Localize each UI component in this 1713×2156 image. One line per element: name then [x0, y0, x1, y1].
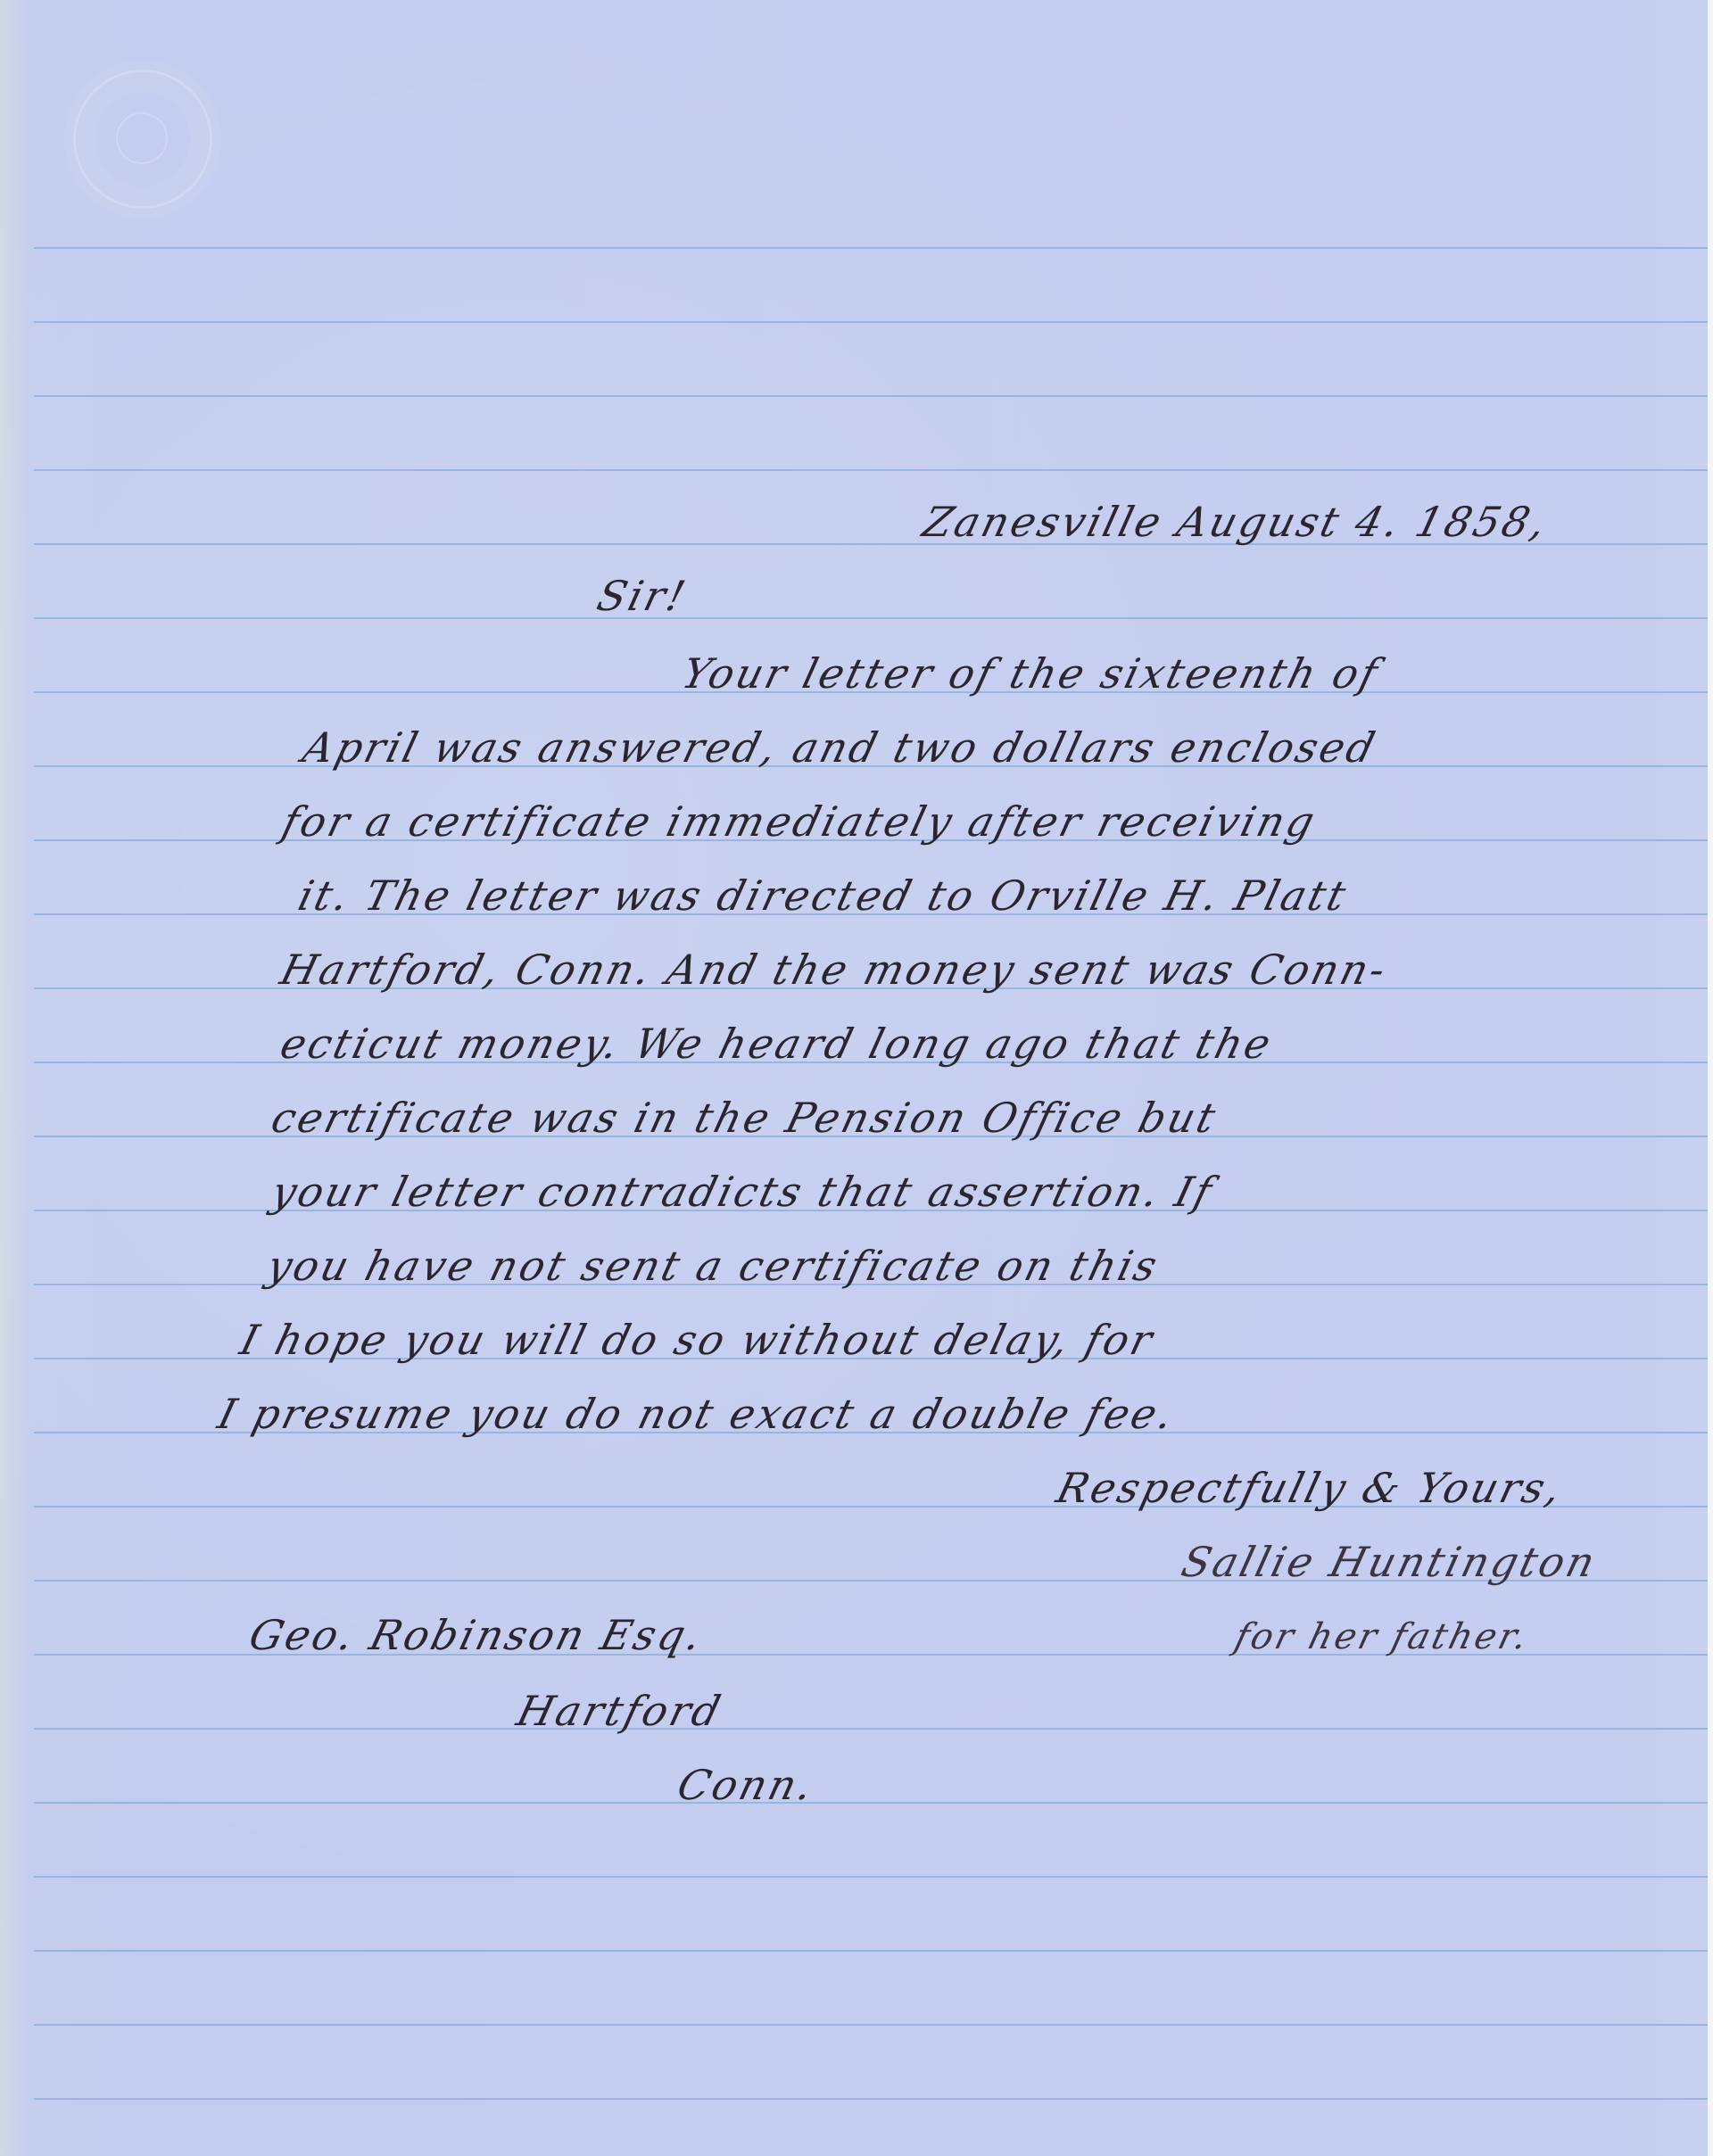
- rule-line: [34, 2098, 1708, 2100]
- rule-line: [34, 247, 1708, 249]
- paper-edge-shading: [0, 0, 32, 2156]
- address-name: Geo. Robinson Esq.: [245, 1615, 708, 1656]
- body-line: for a certificate immediately after rece…: [278, 801, 1321, 842]
- signature-note: for her father.: [1231, 1619, 1534, 1655]
- dateline: Zanesville August 4. 1858,: [919, 501, 1552, 542]
- address-city: Hartford: [513, 1690, 727, 1731]
- rule-line: [34, 617, 1708, 619]
- rule-line: [34, 469, 1708, 471]
- rule-line: [34, 1728, 1708, 1730]
- body-line: you have not sent a certificate on this: [263, 1245, 1163, 1286]
- body-line: certificate was in the Pension Office bu…: [268, 1097, 1221, 1138]
- salutation: Sir!: [593, 575, 691, 616]
- emboss-seal-icon: [73, 70, 212, 209]
- rule-line: [34, 1802, 1708, 1804]
- body-line: ecticut money. We heard long ago that th…: [277, 1023, 1277, 1064]
- body-line: I presume you do not exact a double fee.: [214, 1393, 1179, 1434]
- closing: Respectfully & Yours,: [1053, 1467, 1568, 1508]
- body-line: I hope you will do so without delay, for: [236, 1319, 1159, 1360]
- letter-paper: Zanesville August 4. 1858, Sir! Your let…: [0, 0, 1708, 2156]
- rule-line: [34, 395, 1708, 397]
- rule-line: [34, 1876, 1708, 1878]
- body-line: April was answered, and two dollars encl…: [299, 727, 1381, 768]
- body-line: it. The letter was directed to Orville H…: [294, 875, 1353, 916]
- rule-line: [34, 321, 1708, 323]
- body-line: Your letter of the sixteenth of: [678, 653, 1384, 694]
- address-state: Conn.: [674, 1764, 819, 1805]
- rule-line: [34, 2024, 1708, 2026]
- body-line: your letter contradicts that assertion. …: [268, 1171, 1218, 1212]
- body-line: Hartford, Conn. And the money sent was C…: [277, 949, 1392, 990]
- signature: Sallie Huntington: [1178, 1541, 1601, 1582]
- rule-line: [34, 1950, 1708, 1952]
